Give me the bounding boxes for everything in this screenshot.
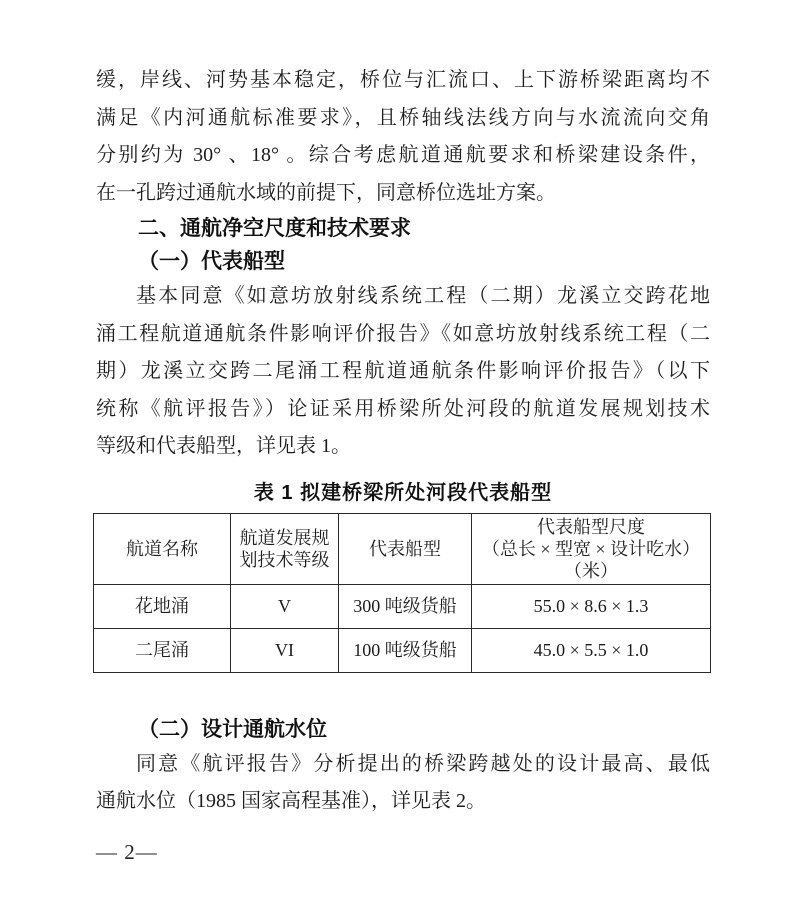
paragraph-line: 等级和代表船型，详见表 1。 — [96, 428, 710, 466]
table-caption: 表 1 拟建桥梁所处河段代表船型 — [96, 478, 710, 508]
spacer — [96, 673, 710, 713]
subsection-heading: （二）设计通航水位 — [96, 713, 710, 746]
paragraph-line: 涌工程航道通航条件影响评价报告》《如意坊放射线系统工程（二 — [96, 316, 710, 354]
table-row: 二尾涌 VI 100 吨级货船 45.0 × 5.5 × 1.0 — [94, 628, 711, 672]
table-header-vessel-dimensions: 代表船型尺度 （总长 × 型宽 × 设计吃水） （米） — [472, 513, 711, 584]
cell-vessel-dimensions: 55.0 × 8.6 × 1.3 — [472, 584, 711, 628]
paragraph-line: 通航水位（1985 国家高程基准），详见表 2。 — [96, 783, 710, 821]
page-number: — 2— — [96, 840, 158, 865]
paragraph-line: 分别约为 30° 、18° 。综合考虑航道通航要求和桥梁建设条件， — [96, 137, 710, 175]
paragraph-line: 期）龙溪立交跨二尾涌工程航道通航条件影响评价报告》（以下 — [96, 353, 710, 391]
cell-vessel-dimensions: 45.0 × 5.5 × 1.0 — [472, 628, 711, 672]
table-header-planned-grade: 航道发展规 划技术等级 — [231, 513, 339, 584]
cell-channel-name: 花地涌 — [94, 584, 231, 628]
cell-planned-grade: VI — [231, 628, 339, 672]
representative-vessel-table: 航道名称 航道发展规 划技术等级 代表船型 代表船型尺度 （总长 × 型宽 × … — [93, 513, 711, 673]
table-header-vessel-type: 代表船型 — [339, 513, 472, 584]
cell-planned-grade: V — [231, 584, 339, 628]
paragraph-line: 同意《航评报告》分析提出的桥梁跨越处的设计最高、最低 — [96, 746, 710, 784]
paragraph-line: 基本同意《如意坊放射线系统工程（二期）龙溪立交跨花地 — [96, 278, 710, 316]
cell-channel-name: 二尾涌 — [94, 628, 231, 672]
paragraph-line: 在一孔跨过通航水域的前提下，同意桥位选址方案。 — [96, 175, 710, 213]
table-header-row: 航道名称 航道发展规 划技术等级 代表船型 代表船型尺度 （总长 × 型宽 × … — [94, 513, 711, 584]
document-content: 缓，岸线、河势基本稳定，桥位与汇流口、上下游桥梁距离均不 满足《内河通航标准要求… — [96, 62, 710, 821]
cell-vessel-type: 100 吨级货船 — [339, 628, 472, 672]
table-header-channel-name: 航道名称 — [94, 513, 231, 584]
cell-vessel-type: 300 吨级货船 — [339, 584, 472, 628]
table-row: 花地涌 V 300 吨级货船 55.0 × 8.6 × 1.3 — [94, 584, 711, 628]
document-page: 缓，岸线、河势基本稳定，桥位与汇流口、上下游桥梁距离均不 满足《内河通航标准要求… — [0, 0, 800, 900]
paragraph-line: 缓，岸线、河势基本稳定，桥位与汇流口、上下游桥梁距离均不 — [96, 62, 710, 100]
section-heading: 二、通航净空尺度和技术要求 — [96, 212, 710, 245]
paragraph-line: 满足《内河通航标准要求》，且桥轴线法线方向与水流流向交角 — [96, 100, 710, 138]
subsection-heading: （一）代表船型 — [96, 245, 710, 278]
paragraph-line: 统称《航评报告》）论证采用桥梁所处河段的航道发展规划技术 — [96, 391, 710, 429]
